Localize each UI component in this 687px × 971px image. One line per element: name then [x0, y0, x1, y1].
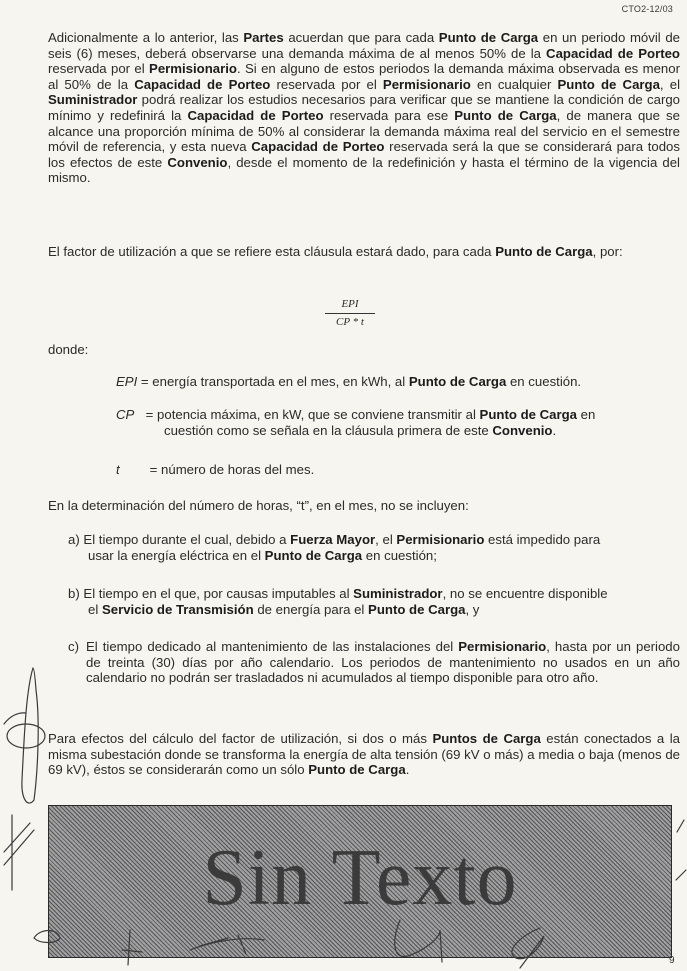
fraction-bar — [325, 313, 375, 314]
defined-term: Puntos de Carga — [432, 731, 540, 746]
definition-text: = energía transportada en el mes, en kWh… — [137, 374, 581, 389]
list-item-text: El tiempo durante el cual, debido a Fuer… — [80, 532, 600, 547]
list-item-label: c) — [68, 639, 79, 654]
defined-term: Punto de Carga — [558, 77, 660, 92]
list-item-text: El tiempo dedicado al mantenimiento de l… — [68, 639, 680, 686]
margin-circle-mark — [7, 724, 45, 748]
definition-text: = número de horas del mes. — [146, 462, 314, 477]
definition-text: = potencia máxima, en kW, que se convien… — [142, 407, 595, 422]
margin-right-mark — [676, 820, 686, 880]
definition-symbol: EPI — [116, 374, 137, 390]
document-code: CTO2-12/03 — [622, 4, 673, 14]
paragraph-utilization-factor: El factor de utilización a que se refier… — [48, 244, 680, 260]
margin-hash-mark — [4, 815, 34, 890]
paragraph-minimum-demand: Adicionalmente a lo anterior, las Partes… — [48, 30, 680, 186]
defined-term: Permisionario — [396, 532, 484, 547]
defined-term: Capacidad de Porteo — [187, 108, 323, 123]
defined-term: Permisionario — [458, 639, 546, 654]
defined-term: Suministrador — [48, 92, 137, 107]
defined-term: Punto de Carga — [454, 108, 556, 123]
defined-term: Punto de Carga — [308, 762, 405, 777]
definition-cp: CP = potencia máxima, en kW, que se conv… — [116, 407, 676, 438]
defined-term: Punto de Carga — [265, 548, 362, 563]
list-item: b) El tiempo en el que, por causas imput… — [68, 586, 680, 617]
defined-term: Partes — [243, 30, 283, 45]
defined-term: Fuerza Mayor — [290, 532, 375, 547]
defined-term: Capacidad de Porteo — [251, 139, 384, 154]
paragraph-hours-exclusions: En la determinación del número de horas,… — [48, 498, 680, 514]
formula-numerator: EPI — [325, 298, 375, 312]
defined-term: Punto de Carga — [480, 407, 577, 422]
list-item-label: a) — [68, 532, 80, 547]
defined-term: Suministrador — [353, 586, 442, 601]
utilization-formula: EPI CP * t — [325, 298, 375, 328]
list-item: c) El tiempo dedicado al mantenimiento d… — [68, 639, 680, 686]
definition-t: t = número de horas del mes. — [116, 462, 676, 478]
definition-epi: EPI = energía transportada en el mes, en… — [116, 374, 676, 390]
margin-loop-mark — [22, 668, 38, 803]
defined-term: Punto de Carga — [368, 602, 465, 617]
list-item-text-continued: usar la energía eléctrica en el Punto de… — [68, 548, 680, 564]
defined-term: Servicio de Transmisión — [102, 602, 254, 617]
donde-label: donde: — [48, 342, 88, 357]
defined-term: Convenio — [167, 155, 227, 170]
definition-text-continued: cuestión como se señala en la cláusula p… — [116, 423, 676, 439]
definition-symbol: t — [116, 462, 146, 478]
defined-term: Capacidad de Porteo — [134, 77, 270, 92]
definition-symbol: CP — [116, 407, 142, 423]
formula-denominator: CP * t — [325, 316, 375, 328]
defined-term: Capacidad de Porteo — [546, 46, 680, 61]
list-item-text-continued: el Servicio de Transmisión de energía pa… — [68, 602, 680, 618]
list-item-label: b) — [68, 586, 80, 601]
defined-term: Permisionario — [383, 77, 471, 92]
defined-term: Convenio — [492, 423, 552, 438]
defined-term: Permisionario — [149, 61, 237, 76]
list-item: a) El tiempo durante el cual, debido a F… — [68, 532, 680, 563]
defined-term: Punto de Carga — [495, 244, 592, 259]
list-item-text: El tiempo en el que, por causas imputabl… — [80, 586, 608, 601]
defined-term: Punto de Carga — [439, 30, 538, 45]
document-page: CTO2-12/03 Adicionalmente a lo anterior,… — [0, 0, 687, 971]
paragraph-substation-grouping: Para efectos del cálculo del factor de u… — [48, 731, 680, 778]
banner-text: Sin Texto — [49, 828, 671, 928]
sin-texto-banner: Sin Texto — [48, 805, 672, 958]
defined-term: Punto de Carga — [409, 374, 506, 389]
page-number: 9 — [669, 955, 675, 966]
